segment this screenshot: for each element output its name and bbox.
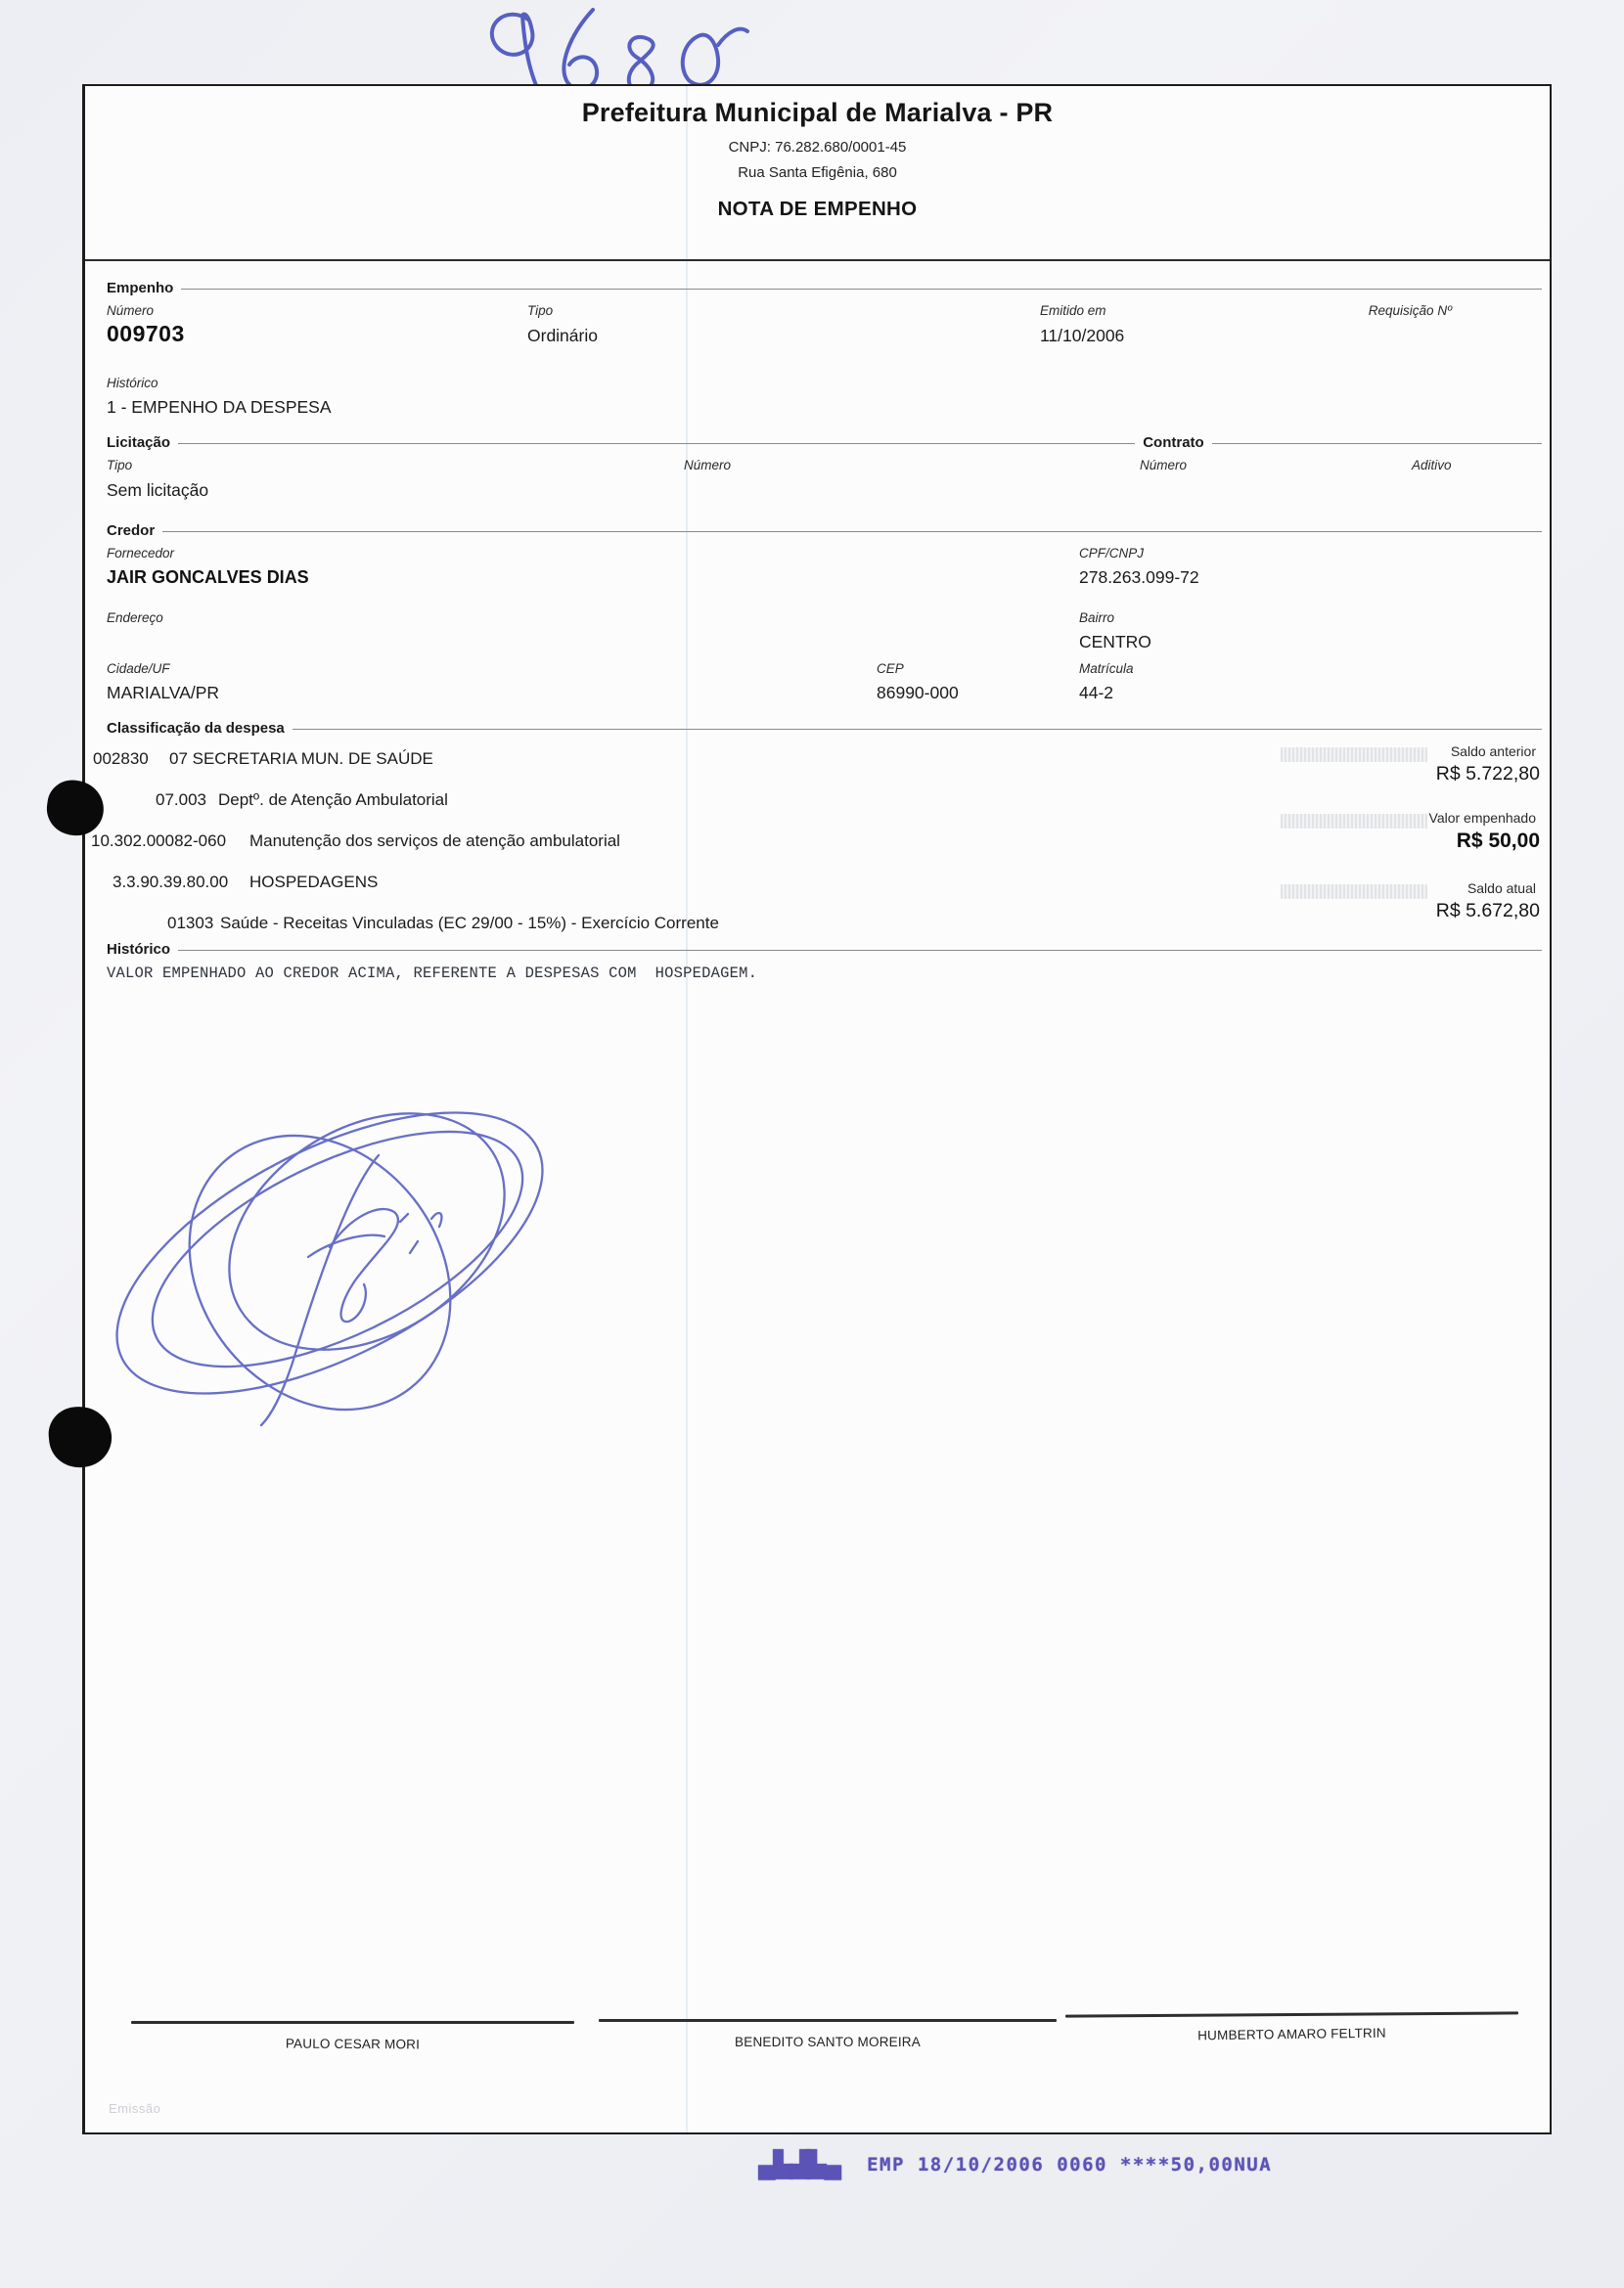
empenho-numero-value: 009703 xyxy=(107,321,185,347)
saldo-anterior-band xyxy=(1281,747,1427,762)
credor-cpf-value: 278.263.099-72 xyxy=(1079,567,1199,588)
section-licitacao-title: Licitação xyxy=(107,434,170,451)
saldo-atual-label: Saldo atual xyxy=(1467,880,1536,896)
saldo-anterior-value: R$ 5.722,80 xyxy=(1436,763,1540,785)
signature-strokes-icon xyxy=(85,1040,579,1470)
saldo-atual-band xyxy=(1281,884,1427,899)
classificacao-row-desc: HOSPEDAGENS xyxy=(249,873,378,892)
section-rule xyxy=(178,443,1135,444)
empenho-requisicao-label: Requisição Nº xyxy=(1369,303,1452,318)
section-licitacao-contrato-header: Licitação Contrato xyxy=(107,434,1542,451)
valor-empenhado-band xyxy=(1281,814,1427,829)
empenho-historico-label: Histórico xyxy=(107,376,158,390)
credor-bairro-value: CENTRO xyxy=(1079,632,1151,652)
credor-cpf-label: CPF/CNPJ xyxy=(1079,546,1144,561)
signatory-name: HUMBERTO AMARO FELTRIN xyxy=(1065,2024,1518,2044)
classificacao-row-desc: Deptº. de Atenção Ambulatorial xyxy=(218,790,448,810)
classificacao-row-desc: Manutenção dos serviços de atenção ambul… xyxy=(249,831,620,851)
section-classificacao-header: Classificação da despesa xyxy=(107,720,1542,737)
section-empenho-title: Empenho xyxy=(107,280,173,296)
classificacao-row-desc: Saúde - Receitas Vinculadas (EC 29/00 - … xyxy=(220,914,719,933)
section-credor-title: Credor xyxy=(107,522,155,539)
empenho-tipo-value: Ordinário xyxy=(527,326,598,346)
empenho-emitido-value: 11/10/2006 xyxy=(1040,326,1124,346)
credor-matricula-value: 44-2 xyxy=(1079,683,1113,703)
contrato-aditivo-label: Aditivo xyxy=(1412,458,1452,472)
licitacao-tipo-label: Tipo xyxy=(107,458,132,472)
credor-matricula-label: Matrícula xyxy=(1079,661,1134,676)
credor-fornecedor-value: JAIR GONCALVES DIAS xyxy=(107,567,309,588)
empenho-tipo-label: Tipo xyxy=(527,303,553,318)
handwritten-signature xyxy=(85,1040,579,1470)
empenho-emitido-label: Emitido em xyxy=(1040,303,1106,318)
section-historico-title: Histórico xyxy=(107,941,170,958)
valor-empenhado-value: R$ 50,00 xyxy=(1457,830,1540,853)
bank-validation-stamp: ▄▙▟▙▄ EMP 18/10/2006 0060 ****50,00NUA xyxy=(758,2150,1272,2179)
classificacao-row-code: 002830 xyxy=(93,749,149,769)
credor-fornecedor-label: Fornecedor xyxy=(107,546,174,561)
section-rule xyxy=(1212,443,1542,444)
credor-cidade-label: Cidade/UF xyxy=(107,661,170,676)
scanned-document-page: Prefeitura Municipal de Marialva - PR CN… xyxy=(0,0,1624,2288)
stamp-logo-mark: ▄▙▟▙▄ xyxy=(758,2150,839,2179)
section-classificacao-title: Classificação da despesa xyxy=(107,720,285,737)
empenho-numero-label: Número xyxy=(107,303,154,318)
document-title: NOTA DE EMPENHO xyxy=(85,198,1550,221)
credor-cidade-value: MARIALVA/PR xyxy=(107,683,219,703)
signatory-name: PAULO CESAR MORI xyxy=(131,2035,574,2052)
classificacao-row-code: 10.302.00082-060 xyxy=(91,831,226,851)
org-address: Rua Santa Efigênia, 680 xyxy=(85,164,1550,181)
historico-text: VALOR EMPENHADO AO CREDOR ACIMA, REFEREN… xyxy=(107,965,757,982)
saldo-anterior-label: Saldo anterior xyxy=(1451,743,1536,759)
scan-fold-line xyxy=(686,86,688,2132)
licitacao-numero-label: Número xyxy=(684,458,731,472)
empenho-historico-value: 1 - EMPENHO DA DESPESA xyxy=(107,397,332,418)
section-rule xyxy=(178,950,1542,951)
signatory-name: BENEDITO SANTO MOREIRA xyxy=(599,2035,1057,2049)
header-divider xyxy=(85,259,1550,261)
section-empenho-header: Empenho xyxy=(107,280,1542,296)
classificacao-row-code: 3.3.90.39.80.00 xyxy=(113,873,228,892)
licitacao-tipo-value: Sem licitação xyxy=(107,480,208,501)
classificacao-row-desc: 07 SECRETARIA MUN. DE SAÚDE xyxy=(169,749,433,769)
signature-line xyxy=(131,2021,574,2024)
credor-bairro-label: Bairro xyxy=(1079,610,1114,625)
signature-line xyxy=(599,2019,1057,2022)
signature-line xyxy=(1065,2011,1518,2017)
section-rule xyxy=(181,289,1542,290)
section-rule xyxy=(293,729,1542,730)
section-historico-header: Histórico xyxy=(107,941,1542,958)
contrato-numero-label: Número xyxy=(1140,458,1187,472)
org-title: Prefeitura Municipal de Marialva - PR xyxy=(85,98,1550,128)
org-cnpj: CNPJ: 76.282.680/0001-45 xyxy=(85,139,1550,156)
section-rule xyxy=(162,531,1542,532)
stamp-text: EMP 18/10/2006 0060 ****50,00NUA xyxy=(867,2154,1272,2176)
saldo-atual-value: R$ 5.672,80 xyxy=(1436,900,1540,922)
credor-endereco-label: Endereço xyxy=(107,610,163,625)
classificacao-row-code: 07.003 xyxy=(156,790,206,810)
section-contrato-title: Contrato xyxy=(1143,434,1204,451)
credor-cep-label: CEP xyxy=(877,661,904,676)
nota-de-empenho-form: Prefeitura Municipal de Marialva - PR CN… xyxy=(82,84,1552,2134)
valor-empenhado-label: Valor empenhado xyxy=(1429,810,1536,826)
section-credor-header: Credor xyxy=(107,522,1542,539)
faint-footer-label: Emissão xyxy=(109,2101,160,2116)
credor-cep-value: 86990-000 xyxy=(877,683,959,703)
classificacao-row-code: 01303 xyxy=(167,914,213,933)
